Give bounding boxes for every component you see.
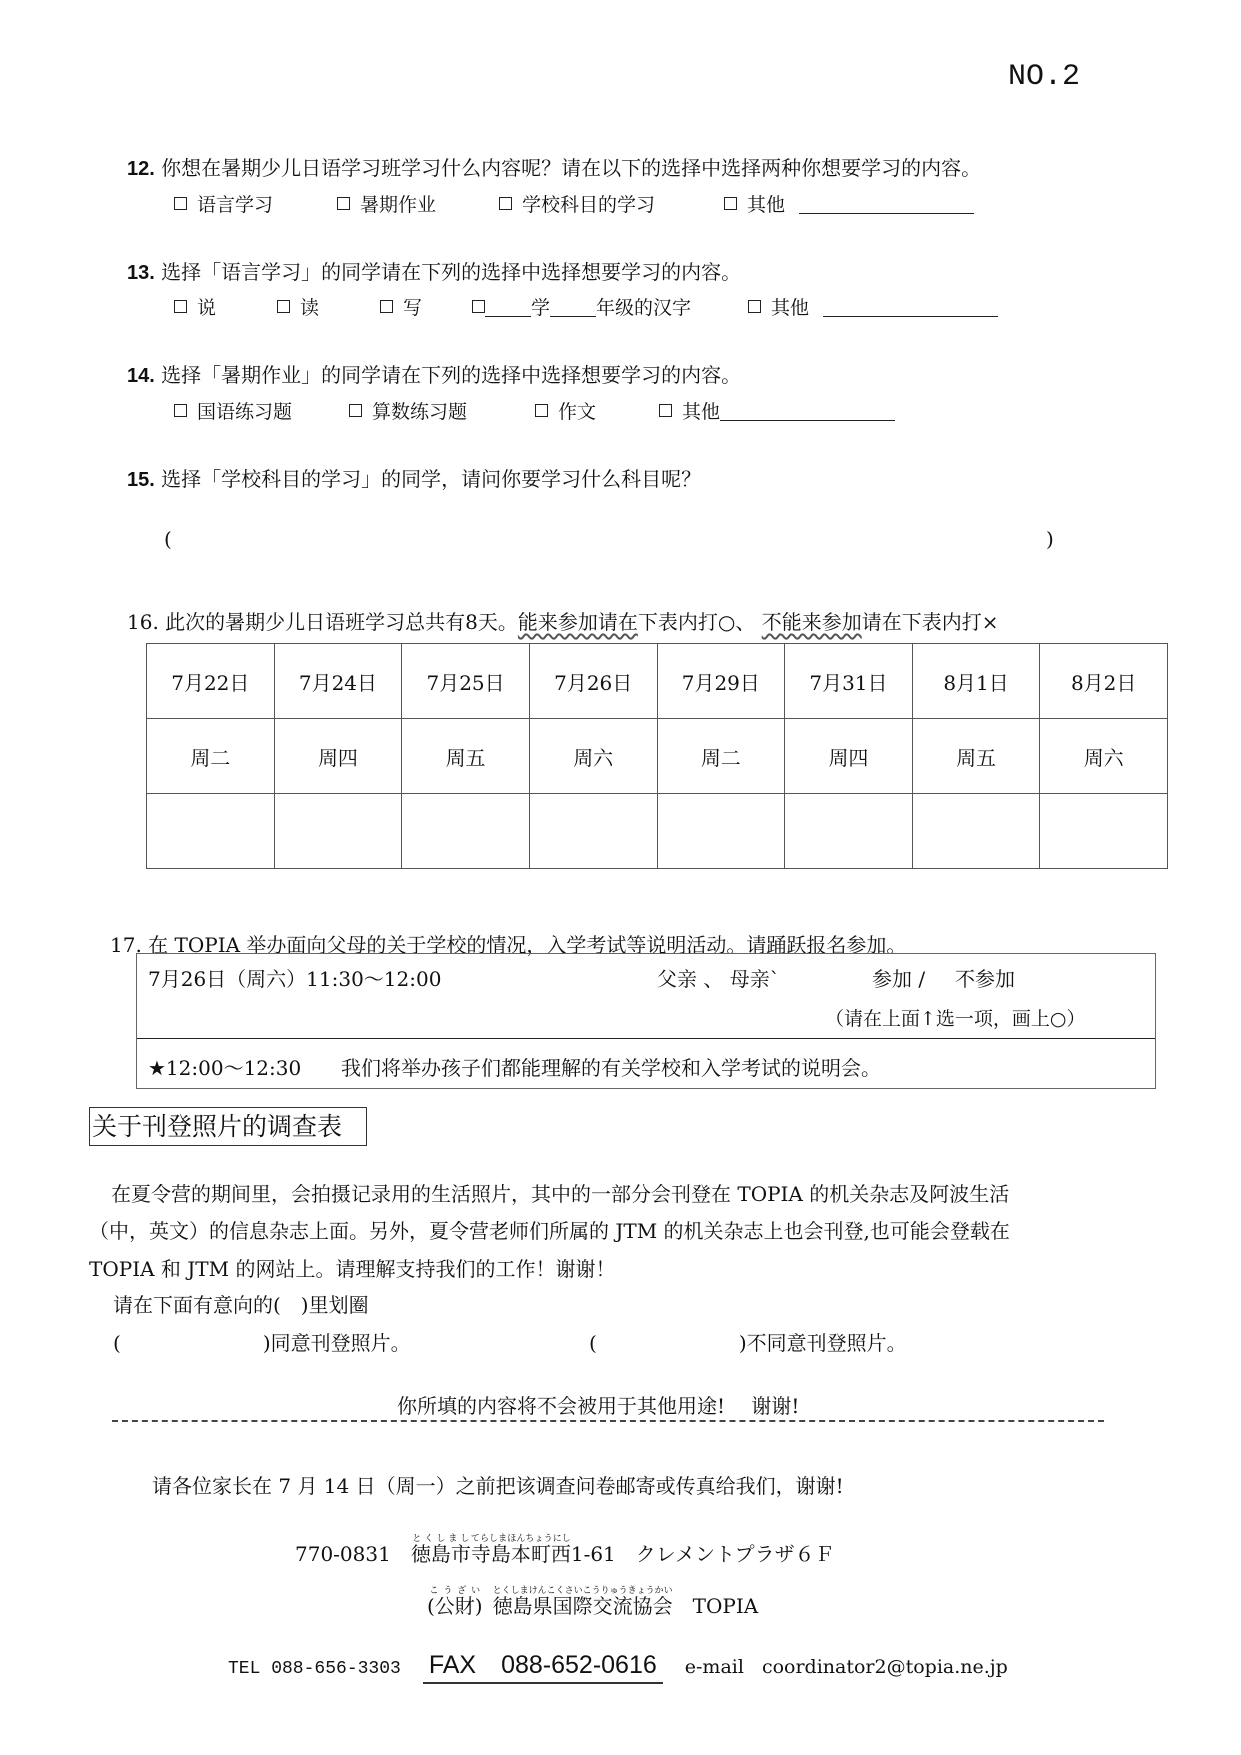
checkbox[interactable] [535,404,548,417]
option-kanji[interactable]: 学年级的汉字 [472,293,748,320]
subject-close-paren: ) [1046,527,1054,551]
other-input-line[interactable] [823,296,998,317]
option-math-drills[interactable]: 算数练习题 [349,397,535,424]
option-read[interactable]: 读 [277,293,380,320]
weekday-cell: 周四 [274,719,402,794]
checkbox[interactable] [659,404,672,417]
option-other[interactable]: 其他 [724,190,974,217]
question-text: 选择「语言学习」的同学请在下列的选择中选择想要学习的内容。 [161,260,741,284]
question-number: 13. [127,262,155,284]
deadline-note: 请各位家长在 7 月 14 日（周一）之前把该调查问卷邮寄或传真给我们，谢谢! [152,1470,844,1499]
answer-cell[interactable] [912,794,1040,869]
option-language[interactable]: 语言学习 [174,190,337,217]
survey-paragraph-line-2: （中，英文）的信息杂志上面。另外，夏令营老师们所属的 JTM 的机关杂志上也会刊… [89,1215,1010,1244]
cut-line [112,1420,1104,1422]
checkbox[interactable] [748,300,761,313]
checkbox[interactable] [174,404,187,417]
question-text: 选择「暑期作业」的同学请在下列的选择中选择想要学习的内容。 [161,363,741,387]
org-name: 徳島県国際交流協会とくしまけんこくさいこうりゅうきょうかい [493,1594,673,1618]
date-cell: 7月22日 [147,644,275,719]
answer-cell[interactable] [402,794,530,869]
checkbox[interactable] [174,300,187,313]
date-cell: 7月24日 [274,644,402,719]
school-level-input[interactable] [485,296,531,317]
email-label: e-mail [685,1656,744,1678]
checkbox[interactable] [472,300,485,313]
checkbox[interactable] [349,404,362,417]
org-prefix: (公財)こうざい [427,1594,483,1618]
question-number: 12. [127,158,155,180]
answer-cell[interactable] [529,794,657,869]
subject-answer-field[interactable] [180,522,1040,556]
option-school-subjects[interactable]: 学校科目的学习 [499,190,724,217]
question-text: 你想在暑期少儿日语学习班学习什么内容呢？请在以下的选择中选择两种你想要学习的内容… [161,156,981,180]
option-write[interactable]: 写 [380,293,472,320]
address-line: 770-0831 徳島市とくしまし寺島本町西てらしまほんちょうにし1-61 クレ… [295,1534,835,1567]
weekday-cell: 周六 [529,719,657,794]
contact-line: TEL 088-656-3303 FAX 088-652-0616 e-mail… [228,1645,1008,1684]
weekdays-row: 周二 周四 周五 周六 周二 周四 周五 周六 [147,719,1168,794]
date-cell: 8月2日 [1040,644,1168,719]
question-number: 15. [127,469,155,491]
date-cell: 8月1日 [912,644,1040,719]
weekday-cell: 周二 [147,719,275,794]
not-attend-emphasis: 不能来参加 [762,610,862,634]
disagree-option[interactable]: ()不同意刊登照片。 [589,1327,907,1356]
dates-row: 7月22日 7月24日 7月25日 7月26日 7月29日 7月31日 8月1日… [147,644,1168,719]
org-short-name: TOPIA [693,1594,759,1618]
q13-options: 说 读 写 学年级的汉字 其他 [174,293,998,320]
question-12: 12. 你想在暑期少儿日语学习班学习什么内容呢？请在以下的选择中选择两种你想要学… [127,152,981,181]
attend-emphasis: 能来参加请在 [518,610,638,634]
question-15: 15. 选择「学校科目的学习」的同学，请问你要学习什么科目呢？ [127,463,701,492]
question-text: 选择「学校科目的学习」的同学，请问你要学习什么科目呢？ [161,467,701,491]
answer-cell[interactable] [785,794,913,869]
checkbox[interactable] [499,197,512,210]
question-13: 13. 选择「语言学习」的同学请在下列的选择中选择想要学习的内容。 [127,256,741,285]
postal-code: 770-0831 [295,1542,391,1566]
weekday-cell: 周四 [785,719,913,794]
checkbox[interactable] [337,197,350,210]
option-composition[interactable]: 作文 [535,397,659,424]
date-cell: 7月31日 [785,644,913,719]
district-name: 寺島本町西てらしまほんちょうにし [471,1542,571,1566]
checkbox[interactable] [277,300,290,313]
not-attend-choice[interactable]: 不参加 [955,963,1015,992]
q14-options: 国语练习题 算数练习题 作文 其他 [174,397,895,424]
agree-option[interactable]: ()同意刊登照片。 [113,1327,411,1356]
question-16: 16. 此次的暑期少儿日语班学习总共有8天。能来参加请在下表内打○、 不能来参加… [127,606,998,635]
date-cell: 7月26日 [529,644,657,719]
star-time: ★12:00～12:30 [148,1052,301,1081]
building-name: クレメントプラザ６Ｆ [636,1542,835,1566]
checkbox[interactable] [380,300,393,313]
question-number: 14. [127,365,155,387]
option-japanese-drills[interactable]: 国语练习题 [174,397,349,424]
choice-instruction: （请在上面↑选一项，画上○） [825,1004,1086,1031]
answer-cell[interactable] [274,794,402,869]
city-name: 徳島市とくしまし [411,1542,471,1566]
question-number: 16. [127,610,159,634]
weekday-cell: 周五 [402,719,530,794]
grade-input[interactable] [550,296,596,317]
parent-choice[interactable]: 父亲 、 母亲` [657,963,780,992]
survey-instruction: 请在下面有意向的( )里划圈 [113,1289,369,1318]
other-input-line[interactable] [799,193,974,214]
star-description: 我们将举办孩子们都能理解的有关学校和入学考试的说明会。 [341,1052,881,1081]
answer-cell[interactable] [657,794,785,869]
q12-options: 语言学习 暑期作业 学校科目的学习 其他 [174,190,974,217]
email-address[interactable]: coordinator2@topia.ne.jp [762,1656,1008,1678]
other-input-line[interactable] [720,400,895,421]
schedule-table: 7月22日 7月24日 7月25日 7月26日 7月29日 7月31日 8月1日… [146,643,1168,869]
photo-survey-title: 关于刊登照片的调查表 [89,1107,367,1146]
parent-session-box: 7月26日（周六）11:30～12:00 父亲 、 母亲` 参加 / 不参加 （… [136,953,1156,1089]
checkbox[interactable] [724,197,737,210]
checkbox[interactable] [174,197,187,210]
date-cell: 7月29日 [657,644,785,719]
tel-number: TEL 088-656-3303 [228,1659,401,1679]
weekday-cell: 周六 [1040,719,1168,794]
survey-paragraph-line-3: TOPIA 和 JTM 的网站上。请理解支持我们的工作！谢谢！ [89,1253,615,1282]
divider [137,1038,1155,1039]
organization-line: (公財)こうざい 徳島県国際交流協会とくしまけんこくさいこうりゅうきょうかい T… [427,1586,758,1619]
option-homework[interactable]: 暑期作业 [337,190,499,217]
option-speak[interactable]: 说 [174,293,277,320]
weekday-cell: 周二 [657,719,785,794]
weekday-cell: 周五 [912,719,1040,794]
answer-cell[interactable] [147,794,275,869]
question-14: 14. 选择「暑期作业」的同学请在下列的选择中选择想要学习的内容。 [127,359,741,388]
answer-row [147,794,1168,869]
subject-open-paren: ( [164,527,172,551]
attend-choice[interactable]: 参加 / [872,963,925,992]
option-other[interactable]: 其他 [748,293,998,320]
option-other[interactable]: 其他 [659,397,895,424]
survey-paragraph-line-1: 在夏令营的期间里，会拍摄记录用的生活照片，其中的一部分会刊登在 TOPIA 的机… [111,1178,1009,1207]
date-cell: 7月25日 [402,644,530,719]
page-number: NO.2 [1008,60,1080,94]
privacy-note: 你所填的内容将不会被用于其他用途! 谢谢! [397,1390,799,1419]
session-time: 7月26日（周六）11:30～12:00 [148,963,441,992]
fax-number: FAX 088-652-0616 [423,1645,663,1684]
answer-cell[interactable] [1040,794,1168,869]
